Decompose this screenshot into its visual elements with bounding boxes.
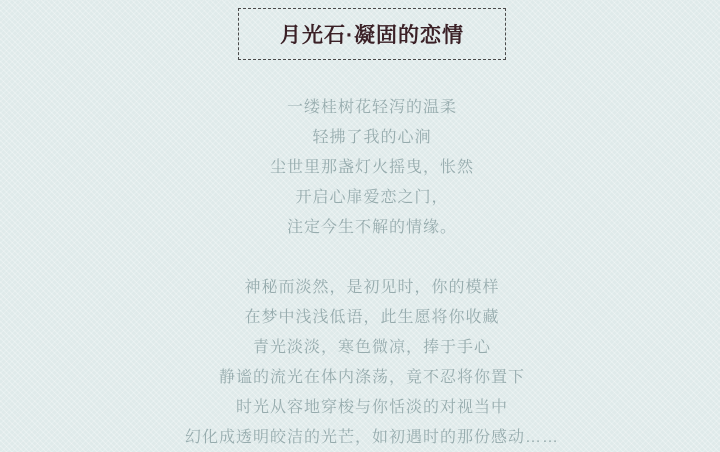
poem-line: 轻拂了我的心涧 — [12, 123, 720, 153]
poem-line: 青光淡淡，寒色微凉，捧于手心 — [12, 333, 720, 363]
stanza-2: 神秘而淡然，是初见时，你的模样 在梦中浅浅低语，此生愿将你收藏 青光淡淡，寒色微… — [12, 273, 720, 452]
poem-content: 月光石·凝固的恋情 一缕桂树花轻泻的温柔 轻拂了我的心涧 尘世里那盏灯火摇曳，怅… — [12, 8, 720, 452]
poem-title: 月光石·凝固的恋情 — [280, 19, 464, 49]
poem-page: 月光石·凝固的恋情 一缕桂树花轻泻的温柔 轻拂了我的心涧 尘世里那盏灯火摇曳，怅… — [0, 0, 720, 452]
poem-line: 注定今生不解的情缘。 — [12, 213, 720, 243]
stanza-1: 一缕桂树花轻泻的温柔 轻拂了我的心涧 尘世里那盏灯火摇曳，怅然 开启心扉爱恋之门… — [12, 93, 720, 243]
title-box: 月光石·凝固的恋情 — [238, 8, 506, 60]
poem-line: 在梦中浅浅低语，此生愿将你收藏 — [12, 303, 720, 333]
poem-line: 一缕桂树花轻泻的温柔 — [12, 93, 720, 123]
poem-line: 开启心扉爱恋之门， — [12, 183, 720, 213]
poem-line: 神秘而淡然，是初见时，你的模样 — [12, 273, 720, 303]
poem-body: 一缕桂树花轻泻的温柔 轻拂了我的心涧 尘世里那盏灯火摇曳，怅然 开启心扉爱恋之门… — [12, 93, 720, 452]
poem-line: 时光从容地穿梭与你恬淡的对视当中 — [12, 393, 720, 423]
poem-line: 静谧的流光在体内涤荡，竟不忍将你置下 — [12, 363, 720, 393]
poem-line: 尘世里那盏灯火摇曳，怅然 — [12, 153, 720, 183]
poem-line: 幻化成透明皎洁的光芒，如初遇时的那份感动…… — [12, 423, 720, 452]
